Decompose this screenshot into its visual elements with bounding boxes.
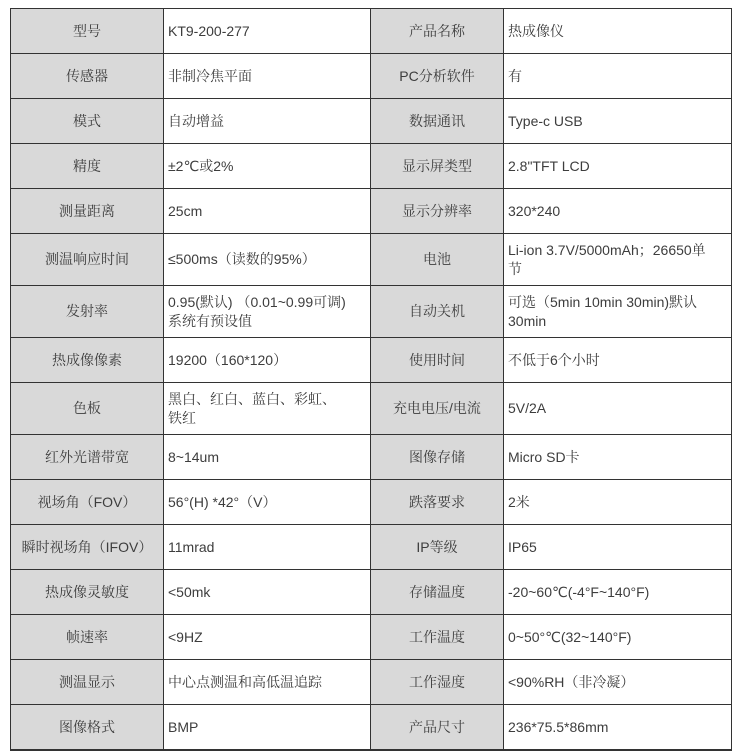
spec-value-cell: 2.8"TFT LCD — [504, 144, 732, 189]
spec-label-cell: 红外光谱带宽 — [11, 435, 164, 480]
spec-label-cell: 图像格式 — [11, 705, 164, 751]
spec-value-cell: 有 — [504, 54, 732, 99]
spec-value-cell: <50mk — [164, 570, 371, 615]
spec-value-cell: BMP — [164, 705, 371, 751]
spec-label-cell: 测量距离 — [11, 189, 164, 234]
spec-value-cell: 热成像仪 — [504, 9, 732, 54]
spec-label-cell: 型号 — [11, 9, 164, 54]
table-row: 模式 自动增益 数据通讯 Type-c USB — [11, 99, 732, 144]
spec-label-cell: 瞬时视场角（IFOV） — [11, 525, 164, 570]
spec-value-cell: 0.95(默认) （0.01~0.99可调) 系统有预设值 — [164, 286, 371, 338]
spec-label-cell: 显示屏类型 — [371, 144, 504, 189]
spec-value-cell: IP65 — [504, 525, 732, 570]
spec-label-cell: 产品名称 — [371, 9, 504, 54]
spec-label-cell: 产品尺寸 — [371, 705, 504, 751]
spec-label-cell: IP等级 — [371, 525, 504, 570]
table-row: 帧速率 <9HZ 工作温度 0~50°℃(32~140°F) — [11, 615, 732, 660]
spec-value-cell: 可选（5min 10min 30min)默认 30min — [504, 286, 732, 338]
table-row: 精度 ±2℃或2% 显示屏类型 2.8"TFT LCD — [11, 144, 732, 189]
table-row: 测量距离 25cm 显示分辨率 320*240 — [11, 189, 732, 234]
table-row: 测温显示 中心点测温和高低温追踪 工作湿度 <90%RH（非冷凝） — [11, 660, 732, 705]
spec-label-cell: 工作湿度 — [371, 660, 504, 705]
spec-label-cell: 发射率 — [11, 286, 164, 338]
spec-value-cell: 中心点测温和高低温追踪 — [164, 660, 371, 705]
spec-label-cell: 存储温度 — [371, 570, 504, 615]
table-row: 视场角（FOV） 56°(H) *42°（V） 跌落要求 2米 — [11, 480, 732, 525]
spec-label-cell: 显示分辨率 — [371, 189, 504, 234]
spec-value-cell: 0~50°℃(32~140°F) — [504, 615, 732, 660]
spec-label-cell: 传感器 — [11, 54, 164, 99]
spec-value-cell: 8~14um — [164, 435, 371, 480]
spec-value-cell: ≤500ms（读数的95%） — [164, 234, 371, 286]
spec-label-cell: 充电电压/电流 — [371, 383, 504, 435]
spec-value-cell: 5V/2A — [504, 383, 732, 435]
spec-label-cell: 测温响应时间 — [11, 234, 164, 286]
spec-value-cell: -20~60℃(-4°F~140°F) — [504, 570, 732, 615]
table-row: 热成像像素 19200（160*120） 使用时间 不低于6个小时 — [11, 338, 732, 383]
spec-value-cell: Type-c USB — [504, 99, 732, 144]
table-row: 瞬时视场角（IFOV） 11mrad IP等级 IP65 — [11, 525, 732, 570]
table-row: 测温响应时间 ≤500ms（读数的95%） 电池 Li-ion 3.7V/500… — [11, 234, 732, 286]
spec-value-cell: 不低于6个小时 — [504, 338, 732, 383]
spec-value-cell: ±2℃或2% — [164, 144, 371, 189]
spec-label-cell: 视场角（FOV） — [11, 480, 164, 525]
table-row: 图像格式 BMP 产品尺寸 236*75.5*86mm — [11, 705, 732, 751]
spec-label-cell: 测温显示 — [11, 660, 164, 705]
spec-value-cell: Li-ion 3.7V/5000mAh；26650单 节 — [504, 234, 732, 286]
spec-value-cell: <9HZ — [164, 615, 371, 660]
spec-label-cell: 跌落要求 — [371, 480, 504, 525]
spec-label-cell: 数据通讯 — [371, 99, 504, 144]
table-row: 发射率 0.95(默认) （0.01~0.99可调) 系统有预设值 自动关机 可… — [11, 286, 732, 338]
spec-label-cell: 精度 — [11, 144, 164, 189]
spec-value-cell: 2米 — [504, 480, 732, 525]
spec-value-cell: 320*240 — [504, 189, 732, 234]
spec-label-cell: 热成像像素 — [11, 338, 164, 383]
spec-label-cell: 模式 — [11, 99, 164, 144]
spec-value-cell: KT9-200-277 — [164, 9, 371, 54]
spec-value-cell: Micro SD卡 — [504, 435, 732, 480]
spec-value-cell: 25cm — [164, 189, 371, 234]
spec-label-cell: 色板 — [11, 383, 164, 435]
spec-value-cell: 黑白、红白、蓝白、彩虹、 铁红 — [164, 383, 371, 435]
spec-value-cell: 19200（160*120） — [164, 338, 371, 383]
table-row: 型号 KT9-200-277 产品名称 热成像仪 — [11, 9, 732, 54]
table-row: 传感器 非制冷焦平面 PC分析软件 有 — [11, 54, 732, 99]
spec-value-cell: 56°(H) *42°（V） — [164, 480, 371, 525]
spec-label-cell: 图像存储 — [371, 435, 504, 480]
spec-label-cell: 自动关机 — [371, 286, 504, 338]
spec-label-cell: 热成像灵敏度 — [11, 570, 164, 615]
spec-value-cell: 非制冷焦平面 — [164, 54, 371, 99]
spec-label-cell: PC分析软件 — [371, 54, 504, 99]
spec-value-cell: 自动增益 — [164, 99, 371, 144]
spec-label-cell: 帧速率 — [11, 615, 164, 660]
spec-sheet: 型号 KT9-200-277 产品名称 热成像仪 传感器 非制冷焦平面 PC分析… — [10, 8, 732, 751]
table-row: 热成像灵敏度 <50mk 存储温度 -20~60℃(-4°F~140°F) — [11, 570, 732, 615]
table-row: 红外光谱带宽 8~14um 图像存储 Micro SD卡 — [11, 435, 732, 480]
spec-value-cell: 236*75.5*86mm — [504, 705, 732, 751]
spec-label-cell: 使用时间 — [371, 338, 504, 383]
spec-value-cell: 11mrad — [164, 525, 371, 570]
table-row: 色板 黑白、红白、蓝白、彩虹、 铁红 充电电压/电流 5V/2A — [11, 383, 732, 435]
spec-table: 型号 KT9-200-277 产品名称 热成像仪 传感器 非制冷焦平面 PC分析… — [10, 8, 732, 751]
spec-label-cell: 工作温度 — [371, 615, 504, 660]
spec-value-cell: <90%RH（非冷凝） — [504, 660, 732, 705]
spec-label-cell: 电池 — [371, 234, 504, 286]
